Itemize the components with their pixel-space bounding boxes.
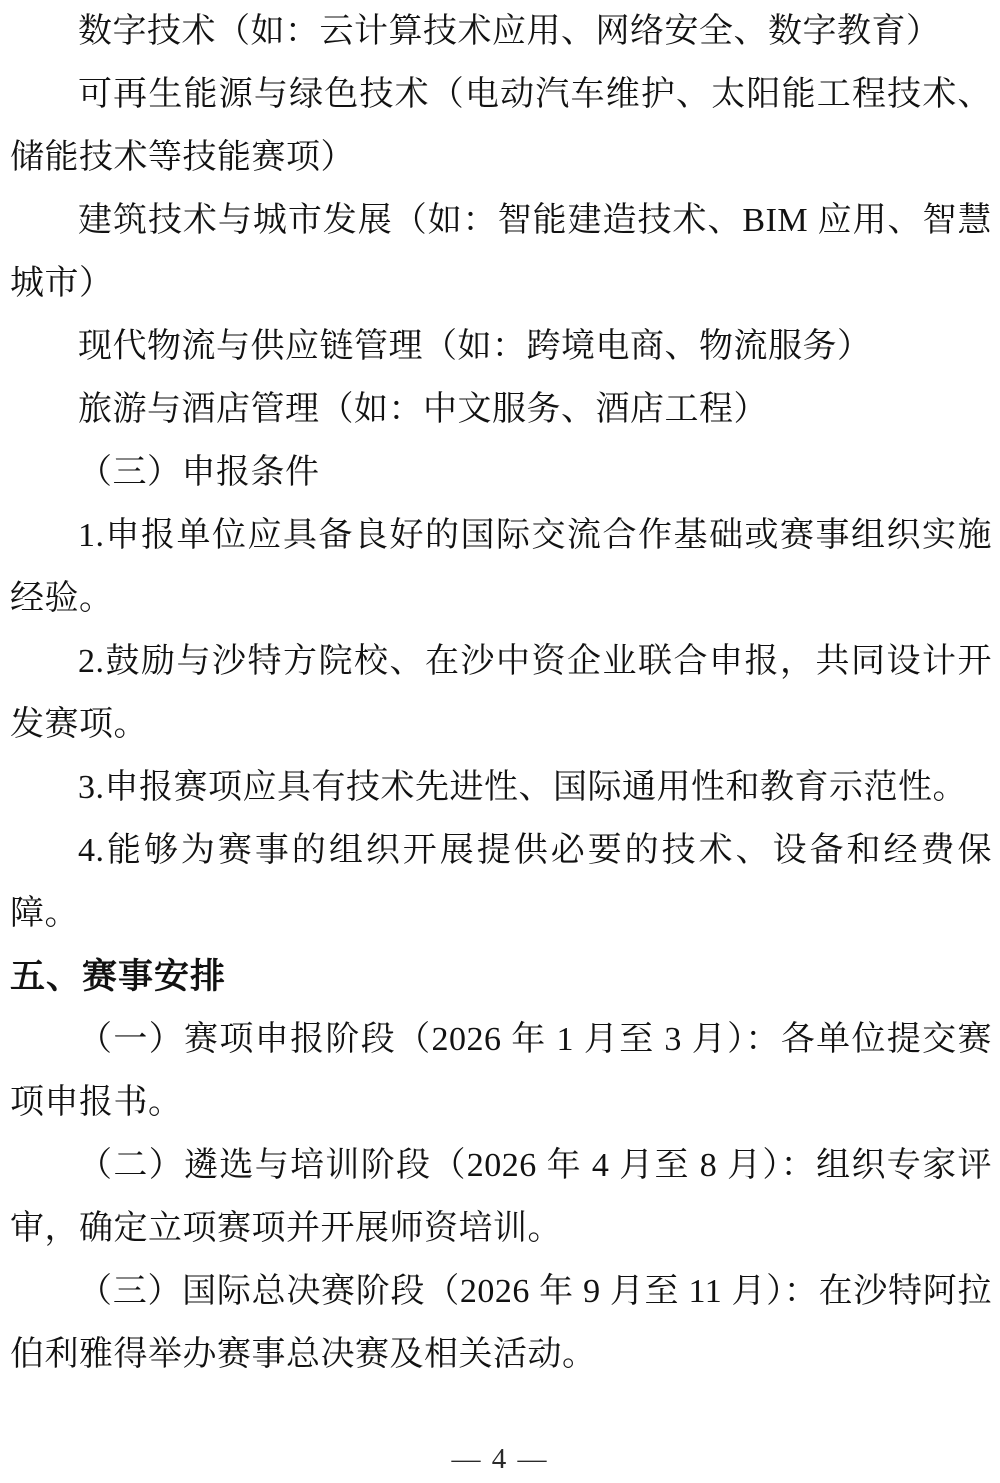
- paragraph: 4.能够为赛事的组织开展提供必要的技术、设备和经费保障。: [10, 819, 992, 945]
- page-number: — 4 —: [0, 1443, 1000, 1475]
- document-page: 数字技术（如：云计算技术应用、网络安全、数字教育）可再生能源与绿色技术（电动汽车…: [0, 0, 1000, 1483]
- paragraph: （三）申报条件: [10, 441, 992, 504]
- paragraph: 现代物流与供应链管理（如：跨境电商、物流服务）: [10, 315, 992, 378]
- paragraph: （三）国际总决赛阶段（2026 年 9 月至 11 月）：在沙特阿拉伯利雅得举办…: [10, 1260, 992, 1386]
- paragraph: 1.申报单位应具备良好的国际交流合作基础或赛事组织实施经验。: [10, 504, 992, 630]
- paragraph: （一）赛项申报阶段（2026 年 1 月至 3 月）：各单位提交赛项申报书。: [10, 1008, 992, 1134]
- paragraph: 可再生能源与绿色技术（电动汽车维护、太阳能工程技术、储能技术等技能赛项）: [10, 63, 992, 189]
- paragraph: 2.鼓励与沙特方院校、在沙中资企业联合申报，共同设计开发赛项。: [10, 630, 992, 756]
- paragraph: 建筑技术与城市发展（如：智能建造技术、BIM 应用、智慧城市）: [10, 189, 992, 315]
- paragraph: 数字技术（如：云计算技术应用、网络安全、数字教育）: [10, 0, 992, 63]
- paragraph: 3.申报赛项应具有技术先进性、国际通用性和教育示范性。: [10, 756, 992, 819]
- document-body: 数字技术（如：云计算技术应用、网络安全、数字教育）可再生能源与绿色技术（电动汽车…: [10, 0, 992, 1386]
- paragraph: 旅游与酒店管理（如：中文服务、酒店工程）: [10, 378, 992, 441]
- section-heading: 五、赛事安排: [10, 945, 992, 1008]
- paragraph: （二）遴选与培训阶段（2026 年 4 月至 8 月）：组织专家评审，确定立项赛…: [10, 1134, 992, 1260]
